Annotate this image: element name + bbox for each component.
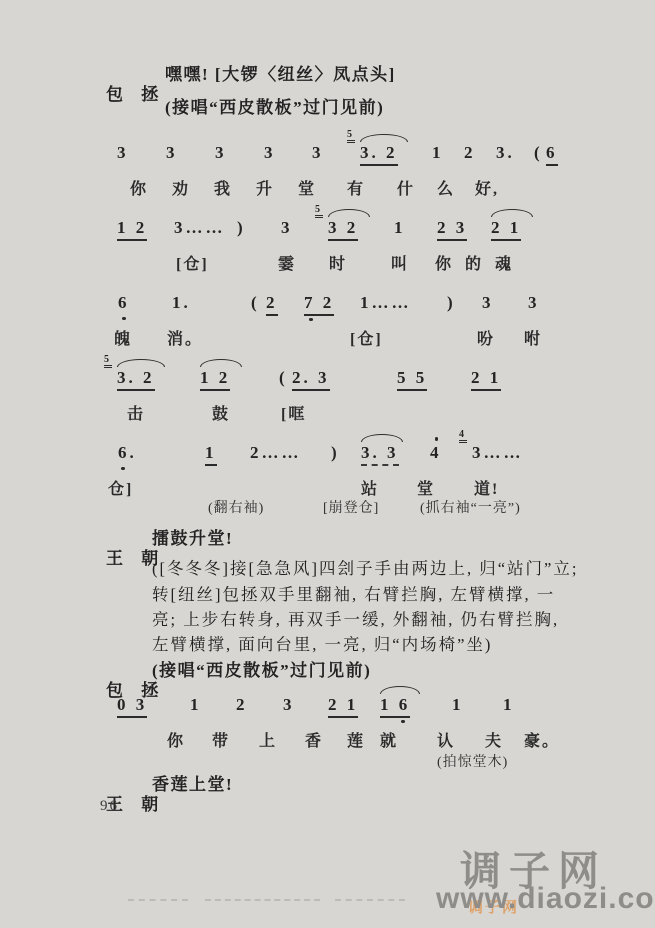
note-token: 1 — [503, 695, 515, 715]
stage-direction: [崩登仓] — [323, 497, 379, 517]
lyric-text: 魄 — [114, 326, 132, 349]
note-token: 3 — [528, 293, 540, 313]
note-token: 5 5 — [397, 368, 427, 391]
note-token: 3. 3 — [361, 443, 399, 466]
page-number: 96 — [100, 798, 119, 815]
music-line-4: 53. 21 2(2. 35 52 1 — [0, 368, 655, 394]
note-token: 3…… — [174, 218, 226, 238]
stage-direction: (翻右袖) — [208, 497, 264, 517]
note-token: 6. — [118, 443, 137, 463]
wang-command-line: 擂鼓升堂! — [152, 524, 233, 549]
note-token: 53. 2 — [360, 143, 398, 166]
note-token: 4 — [430, 443, 442, 463]
note-token: 1 — [452, 695, 464, 715]
lyric-text: 劝 — [172, 176, 190, 199]
note-token: 1 2 — [117, 218, 147, 241]
lyric-text: 么 — [437, 176, 455, 199]
lyric-text: 你 — [167, 728, 185, 751]
score-page: 包 拯 嘿嘿! [大锣〈纽丝〉凤点头] (接唱“西皮散板”过门见前) 33333… — [0, 0, 655, 928]
note-token: 3. — [496, 143, 515, 163]
note-token: 2 3 — [437, 218, 467, 241]
note-token: ) — [331, 443, 340, 463]
lyric-text: 夫 — [485, 728, 503, 751]
lyric-text: 叫 — [391, 251, 409, 274]
note-token: ( — [279, 368, 288, 388]
wang-summon-line: 香莲上堂! — [152, 770, 233, 795]
note-token: ( — [251, 293, 260, 313]
note-token: 3 — [215, 143, 227, 163]
note-token: 1…… — [360, 293, 412, 313]
lyric-text: 吩 — [477, 326, 495, 349]
lyric-text: 有 — [347, 176, 365, 199]
note-token: 2 — [236, 695, 248, 715]
lyric-text: 我 — [214, 176, 232, 199]
lyric-text: 豪。 — [524, 728, 560, 751]
stage-direction-line: 左臂横撑, 面向台里, 一亮, 归“内场椅”坐) — [152, 631, 492, 655]
lyric-text: 道! — [474, 476, 499, 499]
note-token: 3 — [281, 218, 293, 238]
note-token: 3 — [283, 695, 295, 715]
lyric-text: 你 — [435, 251, 453, 274]
print-bleed-line — [205, 899, 320, 901]
note-token: ( — [534, 143, 543, 163]
lyric-line-2: [仓]霎时叫你的魂 — [0, 251, 655, 277]
note-token: 6 — [546, 143, 558, 166]
lyric-text: 击 — [127, 401, 145, 424]
lyric-text: 就 — [380, 728, 398, 751]
note-token: 2 1 — [328, 695, 358, 718]
note-token: 43…… — [472, 443, 524, 463]
lyric-text: 的 — [465, 251, 483, 274]
note-token: 53 2 — [328, 218, 358, 241]
direction-row-5: (翻右袖)[崩登仓](抓右袖“一亮”) — [0, 497, 655, 523]
lyric-text: 咐 — [524, 326, 542, 349]
note-token: 2 — [266, 293, 278, 316]
stage-direction-line: 转[纽丝]包拯双手里翻袖, 右臂拦胸, 左臂横撑, 一 — [152, 581, 555, 605]
note-token: 1 — [432, 143, 444, 163]
lyric-text: 上 — [259, 728, 277, 751]
note-token: ) — [237, 218, 246, 238]
lyric-text: 升 — [256, 176, 274, 199]
lyric-text: [仓] — [176, 251, 209, 274]
lyric-text: 带 — [212, 728, 230, 751]
lyric-line-4: 击鼓[哐 — [0, 401, 655, 427]
note-token: 3 — [482, 293, 494, 313]
note-token: 1 6 — [380, 695, 410, 718]
speaker-name: 包 拯 — [106, 681, 165, 700]
lyric-text: 什 — [397, 176, 415, 199]
music-line-2: 1 23……)353 212 32 1 — [0, 218, 655, 244]
lyric-text: [哐 — [281, 401, 306, 424]
note-token: 2…… — [250, 443, 302, 463]
lyric-text: 莲 — [347, 728, 365, 751]
stage-direction: (抓右袖“一亮”) — [420, 497, 521, 517]
lyric-text: 认 — [437, 728, 455, 751]
note-token: 1. — [172, 293, 191, 313]
note-token: 6 — [118, 293, 130, 313]
lyric-text: 你 — [130, 176, 148, 199]
stage-direction: (拍惊堂木) — [437, 751, 508, 771]
lyric-text: [仓] — [350, 326, 383, 349]
lyric-text: 香 — [305, 728, 323, 751]
note-token: 3 — [117, 143, 129, 163]
bao-tune-note-2: (接唱“西皮散板”过门见前) — [152, 656, 371, 681]
note-token: 3 — [166, 143, 178, 163]
note-token: ) — [447, 293, 456, 313]
lyric-line-1: 你劝我升堂有什么好, — [0, 176, 655, 202]
music-line-1: 3333353. 2123.(6 — [0, 143, 655, 169]
note-token: 1 2 — [200, 368, 230, 391]
note-token: 1 — [190, 695, 202, 715]
lyric-text: 消。 — [167, 326, 203, 349]
lyric-text: 鼓 — [212, 401, 230, 424]
lyric-text: 魂 — [495, 251, 513, 274]
lyric-text: 站 — [361, 476, 379, 499]
watermark-site-url: www.diaozi.com — [436, 882, 655, 916]
lyric-text: 时 — [329, 251, 347, 274]
note-token: 2 — [464, 143, 476, 163]
note-token: 3 — [312, 143, 324, 163]
lyric-line-3: 魄消。[仓]吩咐 — [0, 326, 655, 352]
note-token: 1 — [205, 443, 217, 466]
print-bleed-line — [335, 899, 405, 901]
music-line-5: 6.12……)3. 3443…… — [0, 443, 655, 469]
lyric-text: 霎 — [278, 251, 296, 274]
lyric-text: 堂 — [298, 176, 316, 199]
note-token: 3 — [264, 143, 276, 163]
stage-direction-line: ([冬冬冬]接[急急风]四刽子手由两边上, 归“站门”立; — [152, 555, 578, 579]
lyric-text: 好, — [475, 176, 499, 199]
stage-direction-line: 亮; 上步右转身, 再双手一缓, 外翻袖, 仍右臂拦胸, — [152, 606, 559, 630]
note-token: 1 — [394, 218, 406, 238]
print-bleed-line — [128, 899, 188, 901]
note-token: 53. 2 — [117, 368, 155, 391]
note-token: 2. 3 — [292, 368, 330, 391]
note-token: 2 1 — [491, 218, 521, 241]
lyric-text: 仓] — [108, 476, 133, 499]
note-token: 2 1 — [471, 368, 501, 391]
music-line-3: 61.(27 21……)33 — [0, 293, 655, 319]
lyric-text: 堂 — [417, 476, 435, 499]
note-token: 7 2 — [304, 293, 334, 316]
